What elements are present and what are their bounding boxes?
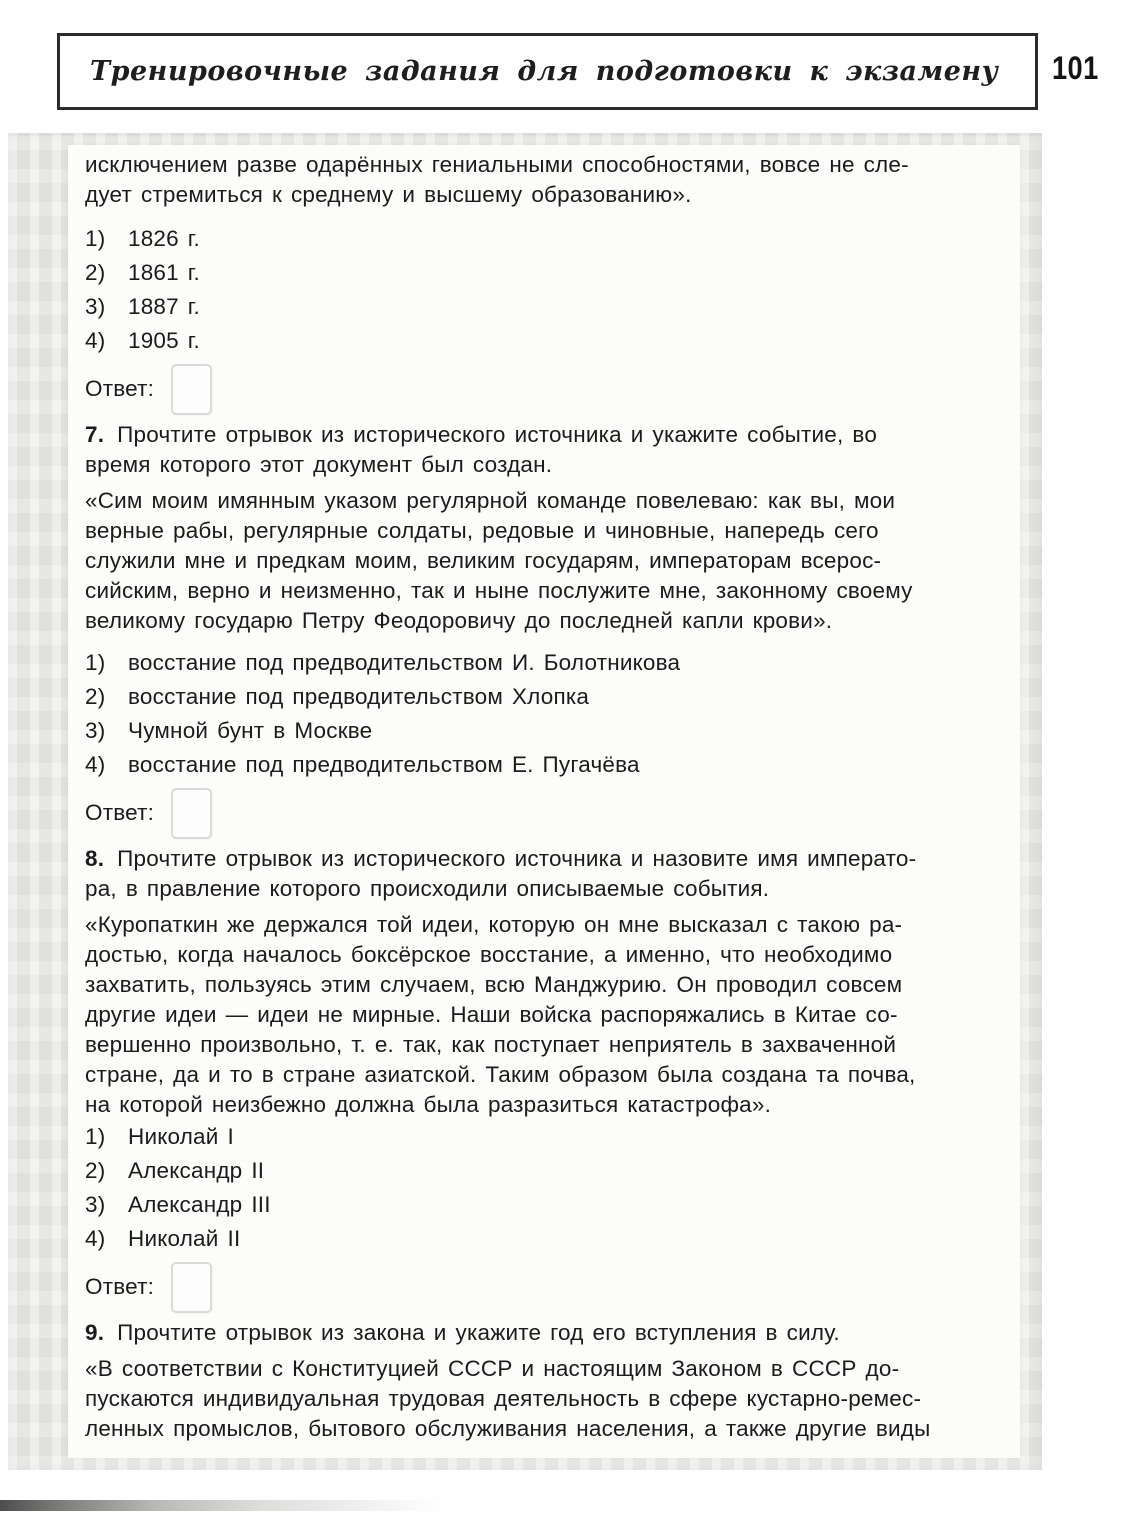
option-number: 4): [85, 1224, 128, 1254]
question8-answer-box[interactable]: [171, 1262, 212, 1313]
option-number: 3): [85, 1190, 128, 1220]
scan-edge-shadow: [0, 1500, 440, 1511]
question7-stem-text: Прочтите отрывок из исторического источн…: [85, 422, 877, 477]
option-text: Николай II: [128, 1226, 240, 1251]
question7-answer-row: Ответ:: [85, 788, 1007, 838]
question6-option-4: 4)1905 г.: [85, 326, 1007, 356]
question9-number: 9.: [85, 1320, 104, 1345]
option-number: 3): [85, 716, 128, 746]
option-text: Александр III: [128, 1192, 271, 1217]
option-text: 1826 г.: [128, 226, 200, 251]
answer-label: Ответ:: [85, 374, 154, 404]
answer-label: Ответ:: [85, 1272, 154, 1302]
option-text: восстание под предводительством И. Болот…: [128, 650, 680, 675]
option-number: 2): [85, 682, 128, 712]
question6-answer-box[interactable]: [171, 364, 212, 415]
question6-options: 1)1826 г. 2)1861 г. 3)1887 г. 4)1905 г.: [85, 224, 1007, 356]
option-text: Чумной бунт в Москве: [128, 718, 372, 743]
question6-option-3: 3)1887 г.: [85, 292, 1007, 322]
question7-option-4: 4)восстание под предводительством Е. Пуг…: [85, 750, 1007, 780]
question8-option-1: 1)Николай I: [85, 1122, 1007, 1152]
question8-answer-row: Ответ:: [85, 1262, 1007, 1312]
question7-stem: 7.Прочтите отрывок из исторического исто…: [85, 420, 1007, 480]
question7-number: 7.: [85, 422, 104, 447]
answer-label: Ответ:: [85, 798, 154, 828]
question6-option-1: 1)1826 г.: [85, 224, 1007, 254]
question7-quote: «Сим моим имянным указом регулярной кома…: [85, 486, 1007, 636]
question9-stem: 9.Прочтите отрывок из закона и укажите г…: [85, 1318, 1007, 1348]
page-number: 101: [1052, 50, 1099, 87]
option-number: 1): [85, 1122, 128, 1152]
option-text: 1887 г.: [128, 294, 200, 319]
running-header: Тренировочные задания для подготовки к э…: [57, 33, 1038, 110]
question7-answer-box[interactable]: [171, 788, 212, 839]
question7-option-1: 1)восстание под предводительством И. Бол…: [85, 648, 1007, 678]
option-number: 4): [85, 750, 128, 780]
running-header-title: Тренировочные задания для подготовки к э…: [90, 56, 998, 87]
option-number: 2): [85, 258, 128, 288]
option-text: Николай I: [128, 1124, 234, 1149]
option-number: 3): [85, 292, 128, 322]
question8-number: 8.: [85, 846, 104, 871]
question8-options: 1)Николай I 2)Александр II 3)Александр I…: [85, 1122, 1007, 1254]
page-content: исключением разве одарённых гениальными …: [85, 150, 1007, 1444]
option-text: восстание под предводительством Хлопка: [128, 684, 589, 709]
option-text: восстание под предводительством Е. Пугач…: [128, 752, 640, 777]
question6-answer-row: Ответ:: [85, 364, 1007, 414]
option-text: 1905 г.: [128, 328, 200, 353]
question8-quote: «Куропаткин же держался той идеи, котору…: [85, 910, 1007, 1120]
question9-quote: «В соответствии с Конституцией СССР и на…: [85, 1354, 1007, 1444]
question7-option-2: 2)восстание под предводительством Хлопка: [85, 682, 1007, 712]
question6-text-continuation: исключением разве одарённых гениальными …: [85, 150, 1007, 210]
question8-stem-text: Прочтите отрывок из исторического источн…: [85, 846, 916, 901]
question8-stem: 8.Прочтите отрывок из исторического исто…: [85, 844, 1007, 904]
question6-option-2: 2)1861 г.: [85, 258, 1007, 288]
option-number: 4): [85, 326, 128, 356]
option-number: 2): [85, 1156, 128, 1186]
question8-option-4: 4)Николай II: [85, 1224, 1007, 1254]
question7-option-3: 3)Чумной бунт в Москве: [85, 716, 1007, 746]
question8-option-2: 2)Александр II: [85, 1156, 1007, 1186]
option-text: Александр II: [128, 1158, 264, 1183]
question9-stem-text: Прочтите отрывок из закона и укажите год…: [117, 1320, 840, 1345]
question8-option-3: 3)Александр III: [85, 1190, 1007, 1220]
option-number: 1): [85, 224, 128, 254]
option-number: 1): [85, 648, 128, 678]
scanned-document-page: Тренировочные задания для подготовки к э…: [0, 0, 1125, 1520]
question7-options: 1)восстание под предводительством И. Бол…: [85, 648, 1007, 780]
option-text: 1861 г.: [128, 260, 200, 285]
